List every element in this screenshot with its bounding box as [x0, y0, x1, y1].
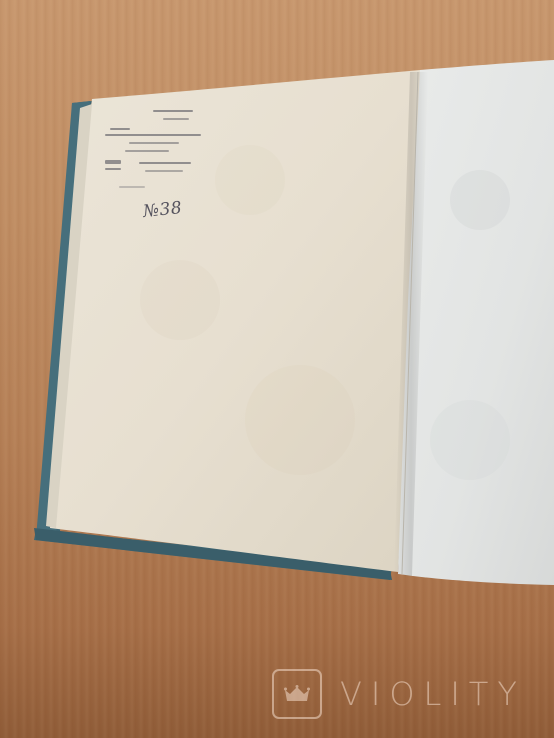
- watermark-logo: [272, 669, 322, 719]
- watermark: VIOLITY: [272, 668, 526, 720]
- watermark-text: VIOLITY: [340, 675, 526, 713]
- crown-icon: [284, 685, 310, 703]
- handwritten-number: №38: [142, 198, 183, 222]
- book: [0, 0, 554, 738]
- library-stamp: [105, 110, 225, 200]
